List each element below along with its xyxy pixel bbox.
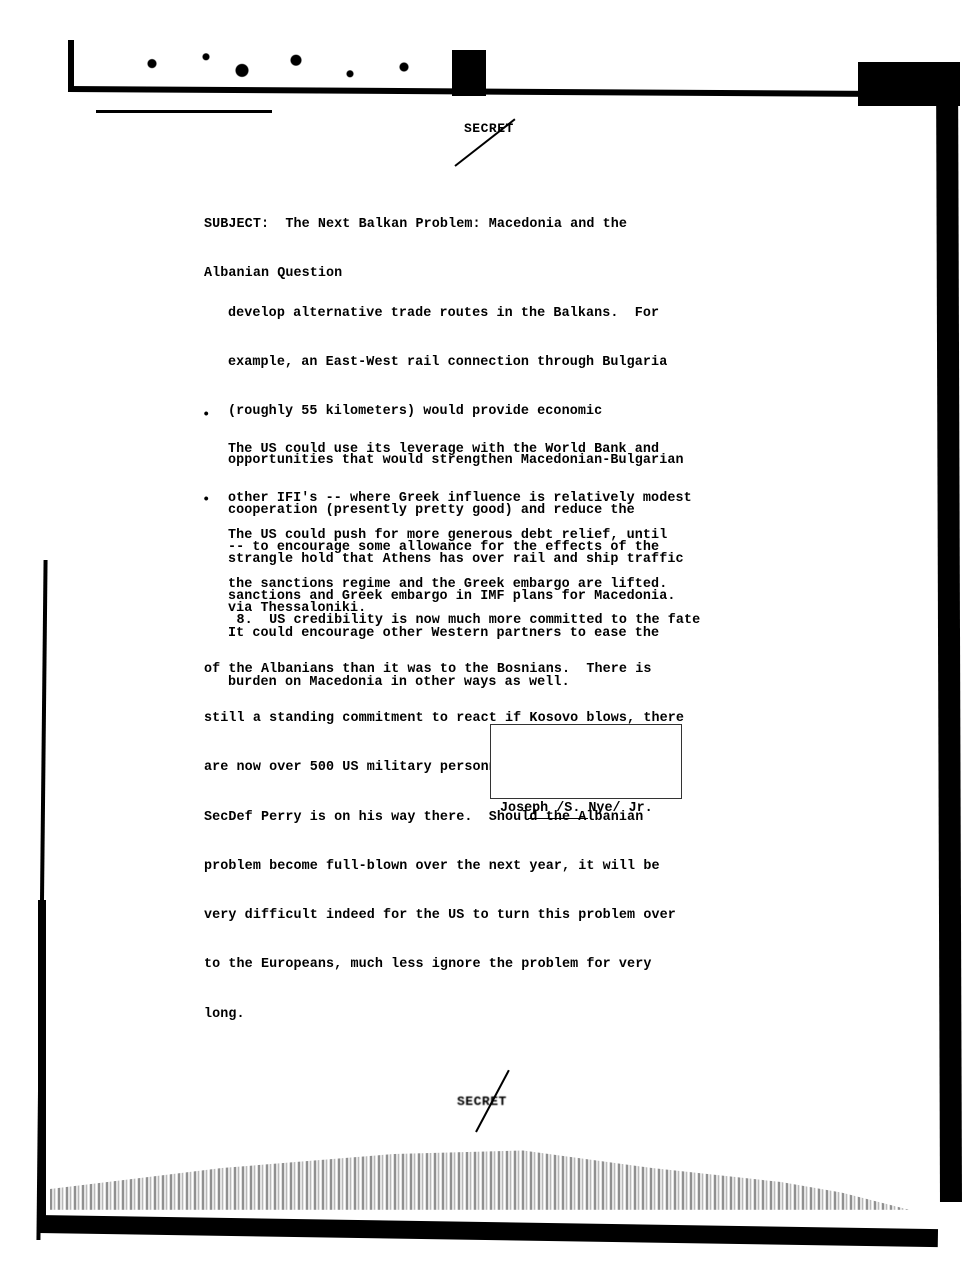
scan-specks-top bbox=[80, 50, 440, 84]
bullet-icon: • bbox=[202, 407, 210, 423]
bullet-icon: • bbox=[202, 492, 210, 508]
classification-marking-bottom: SECRET bbox=[457, 1094, 507, 1109]
text-line: The US could push for more generous debt… bbox=[228, 528, 667, 544]
subject-line-1: SUBJECT: The Next Balkan Problem: Macedo… bbox=[204, 217, 627, 233]
signature-underline bbox=[528, 818, 588, 819]
redacted-signature-box bbox=[490, 724, 682, 799]
scan-line-top bbox=[96, 110, 272, 113]
text-line: example, an East-West rail connection th… bbox=[228, 355, 684, 371]
text-line: The US could use its leverage with the W… bbox=[228, 442, 692, 458]
signature-block: Joseph /S. Nye/ Jr. bbox=[500, 801, 653, 816]
scan-border-left-lower bbox=[38, 900, 46, 1230]
text-line: 8. US credibility is now much more commi… bbox=[204, 613, 700, 629]
text-line: problem become full-blown over the next … bbox=[204, 859, 700, 875]
scan-border-top-left bbox=[68, 40, 74, 92]
text-line: very difficult indeed for the US to turn… bbox=[204, 908, 700, 924]
scan-border-bottom bbox=[38, 1215, 938, 1247]
text-line: develop alternative trade routes in the … bbox=[228, 306, 684, 322]
scan-border-tab bbox=[452, 50, 486, 96]
scan-smudge-bottom bbox=[50, 1140, 910, 1210]
text-line: of the Albanians than it was to the Bosn… bbox=[204, 662, 700, 678]
text-line: long. bbox=[204, 1007, 700, 1023]
text-line: to the Europeans, much less ignore the p… bbox=[204, 957, 700, 973]
scan-border-right bbox=[936, 62, 962, 1202]
